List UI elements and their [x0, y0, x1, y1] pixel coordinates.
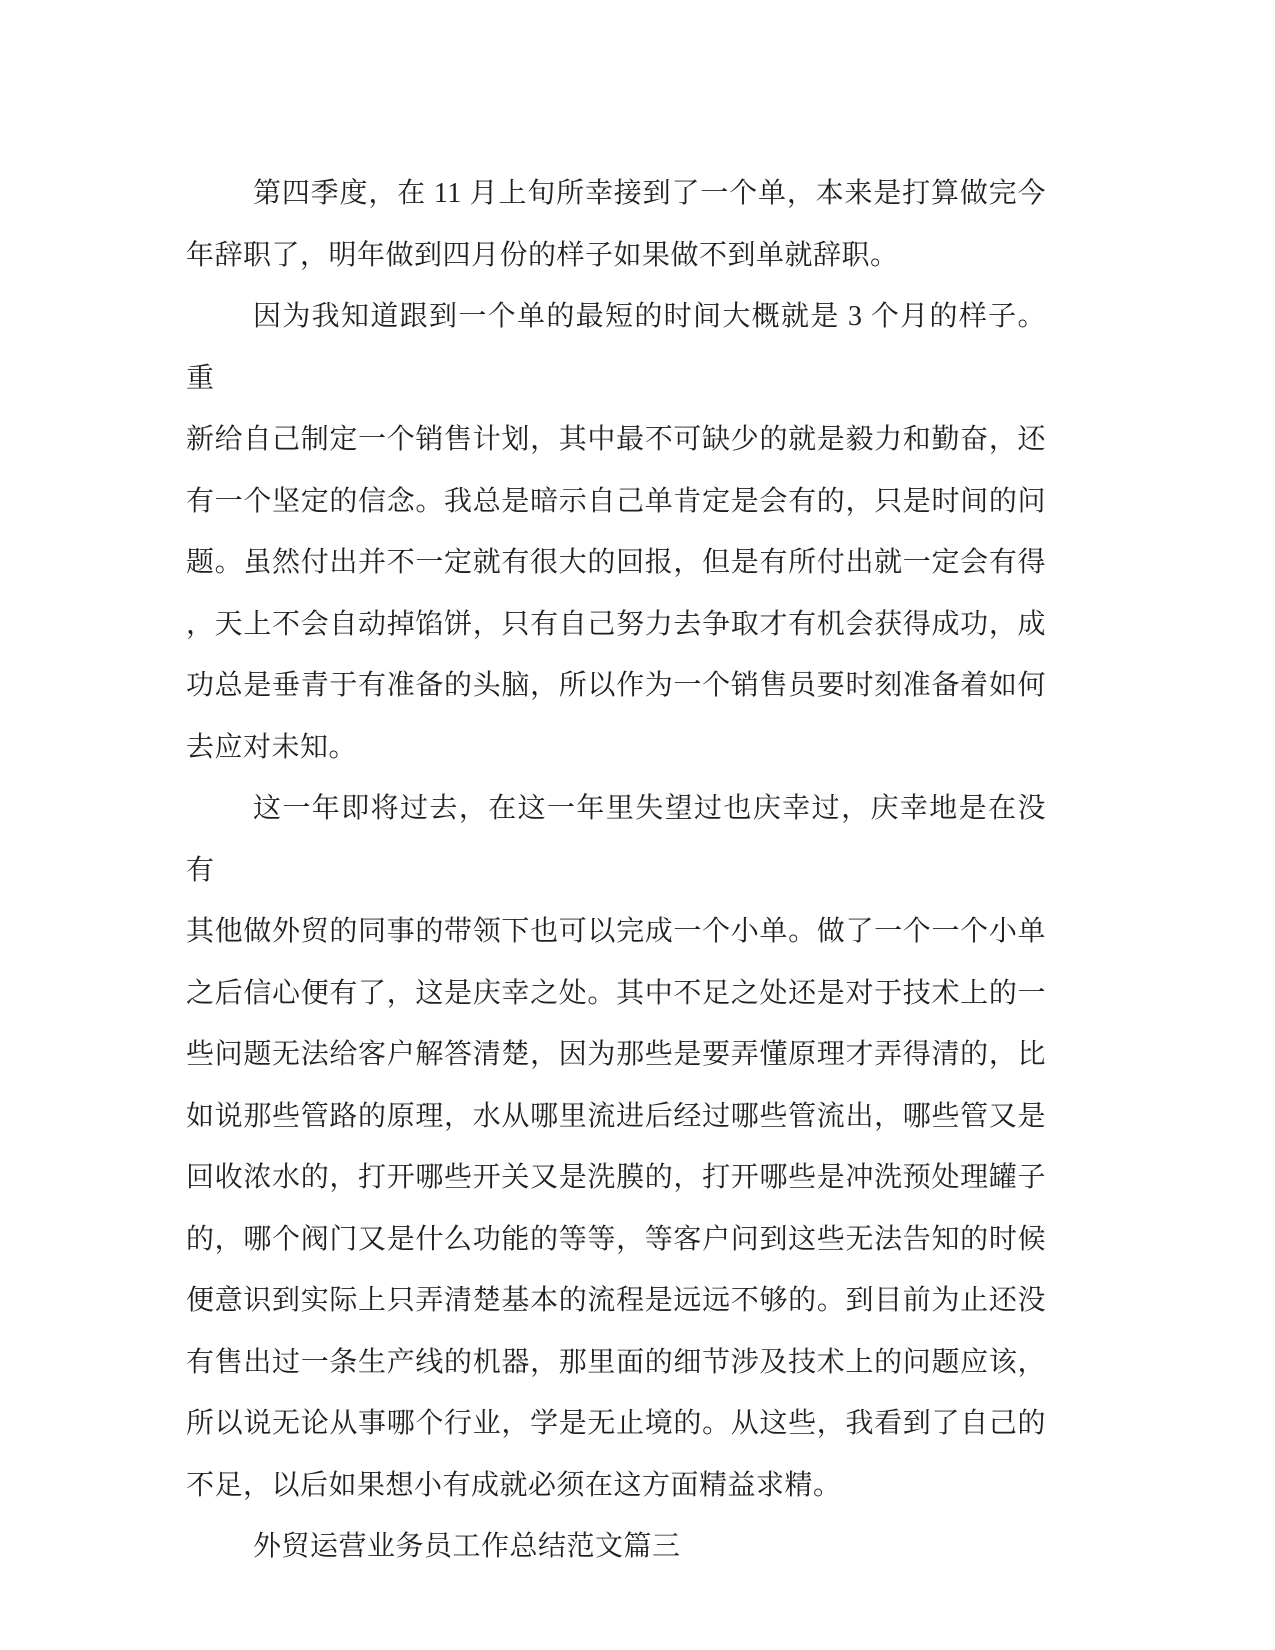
paragraph: 这一年即将过去，在这一年里失望过也庆幸过，庆幸地是在没有其他做外贸的同事的带领下…: [186, 778, 1046, 1516]
text-line: 不足，以后如果想小有成就必须在这方面精益求精。: [186, 1455, 1046, 1517]
text-line: 题。虽然付出并不一定就有很大的回报，但是有所付出就一定会有得: [186, 532, 1046, 594]
text-line: 回收浓水的，打开哪些开关又是洗膜的，打开哪些是冲洗预处理罐子: [186, 1147, 1046, 1209]
text-line: 年辞职了，明年做到四月份的样子如果做不到单就辞职。: [186, 225, 1046, 287]
text-line: 便意识到实际上只弄清楚基本的流程是远远不够的。到目前为止还没: [186, 1270, 1046, 1332]
text-line: 有一个坚定的信念。我总是暗示自己单肯定是会有的，只是时间的问: [186, 471, 1046, 533]
text-line: 新给自己制定一个销售计划，其中最不可缺少的就是毅力和勤奋，还: [186, 409, 1046, 471]
text-line: 第四季度，在 11 月上旬所幸接到了一个单，本来是打算做完今: [186, 163, 1046, 225]
text-line: 去应对未知。: [186, 717, 1046, 779]
section-heading: 外贸运营业务员工作总结范文篇三: [186, 1516, 1046, 1578]
text-line: 功总是垂青于有准备的头脑，所以作为一个销售员要时刻准备着如何: [186, 655, 1046, 717]
text-line: ，天上不会自动掉馅饼，只有自己努力去争取才有机会获得成功，成: [186, 594, 1046, 656]
text-line: 外贸运营业务员工作总结范文篇三: [186, 1516, 1046, 1578]
text-line: 所以说无论从事哪个行业，学是无止境的。从这些，我看到了自己的: [186, 1393, 1046, 1455]
text-line: 有售出过一条生产线的机器，那里面的细节涉及技术上的问题应该，: [186, 1332, 1046, 1394]
text-line: 些问题无法给客户解答清楚，因为那些是要弄懂原理才弄得清的，比: [186, 1024, 1046, 1086]
text-line: 如说那些管路的原理，水从哪里流进后经过哪些管流出，哪些管又是: [186, 1086, 1046, 1148]
text-line: 这一年即将过去，在这一年里失望过也庆幸过，庆幸地是在没有: [186, 778, 1046, 901]
text-line: 之后信心便有了，这是庆幸之处。其中不足之处还是对于技术上的一: [186, 963, 1046, 1025]
paragraph: 第四季度，在 11 月上旬所幸接到了一个单，本来是打算做完今年辞职了，明年做到四…: [186, 163, 1046, 286]
text-line: 因为我知道跟到一个单的最短的时间大概就是 3 个月的样子。重: [186, 286, 1046, 409]
text-line: 的，哪个阀门又是什么功能的等等，等客户问到这些无法告知的时候: [186, 1209, 1046, 1271]
paragraph: 因为我知道跟到一个单的最短的时间大概就是 3 个月的样子。重新给自己制定一个销售…: [186, 286, 1046, 778]
document-body: 第四季度，在 11 月上旬所幸接到了一个单，本来是打算做完今年辞职了，明年做到四…: [186, 163, 1046, 1578]
document-page: 第四季度，在 11 月上旬所幸接到了一个单，本来是打算做完今年辞职了，明年做到四…: [0, 0, 1275, 1650]
text-line: 其他做外贸的同事的带领下也可以完成一个小单。做了一个一个小单: [186, 901, 1046, 963]
